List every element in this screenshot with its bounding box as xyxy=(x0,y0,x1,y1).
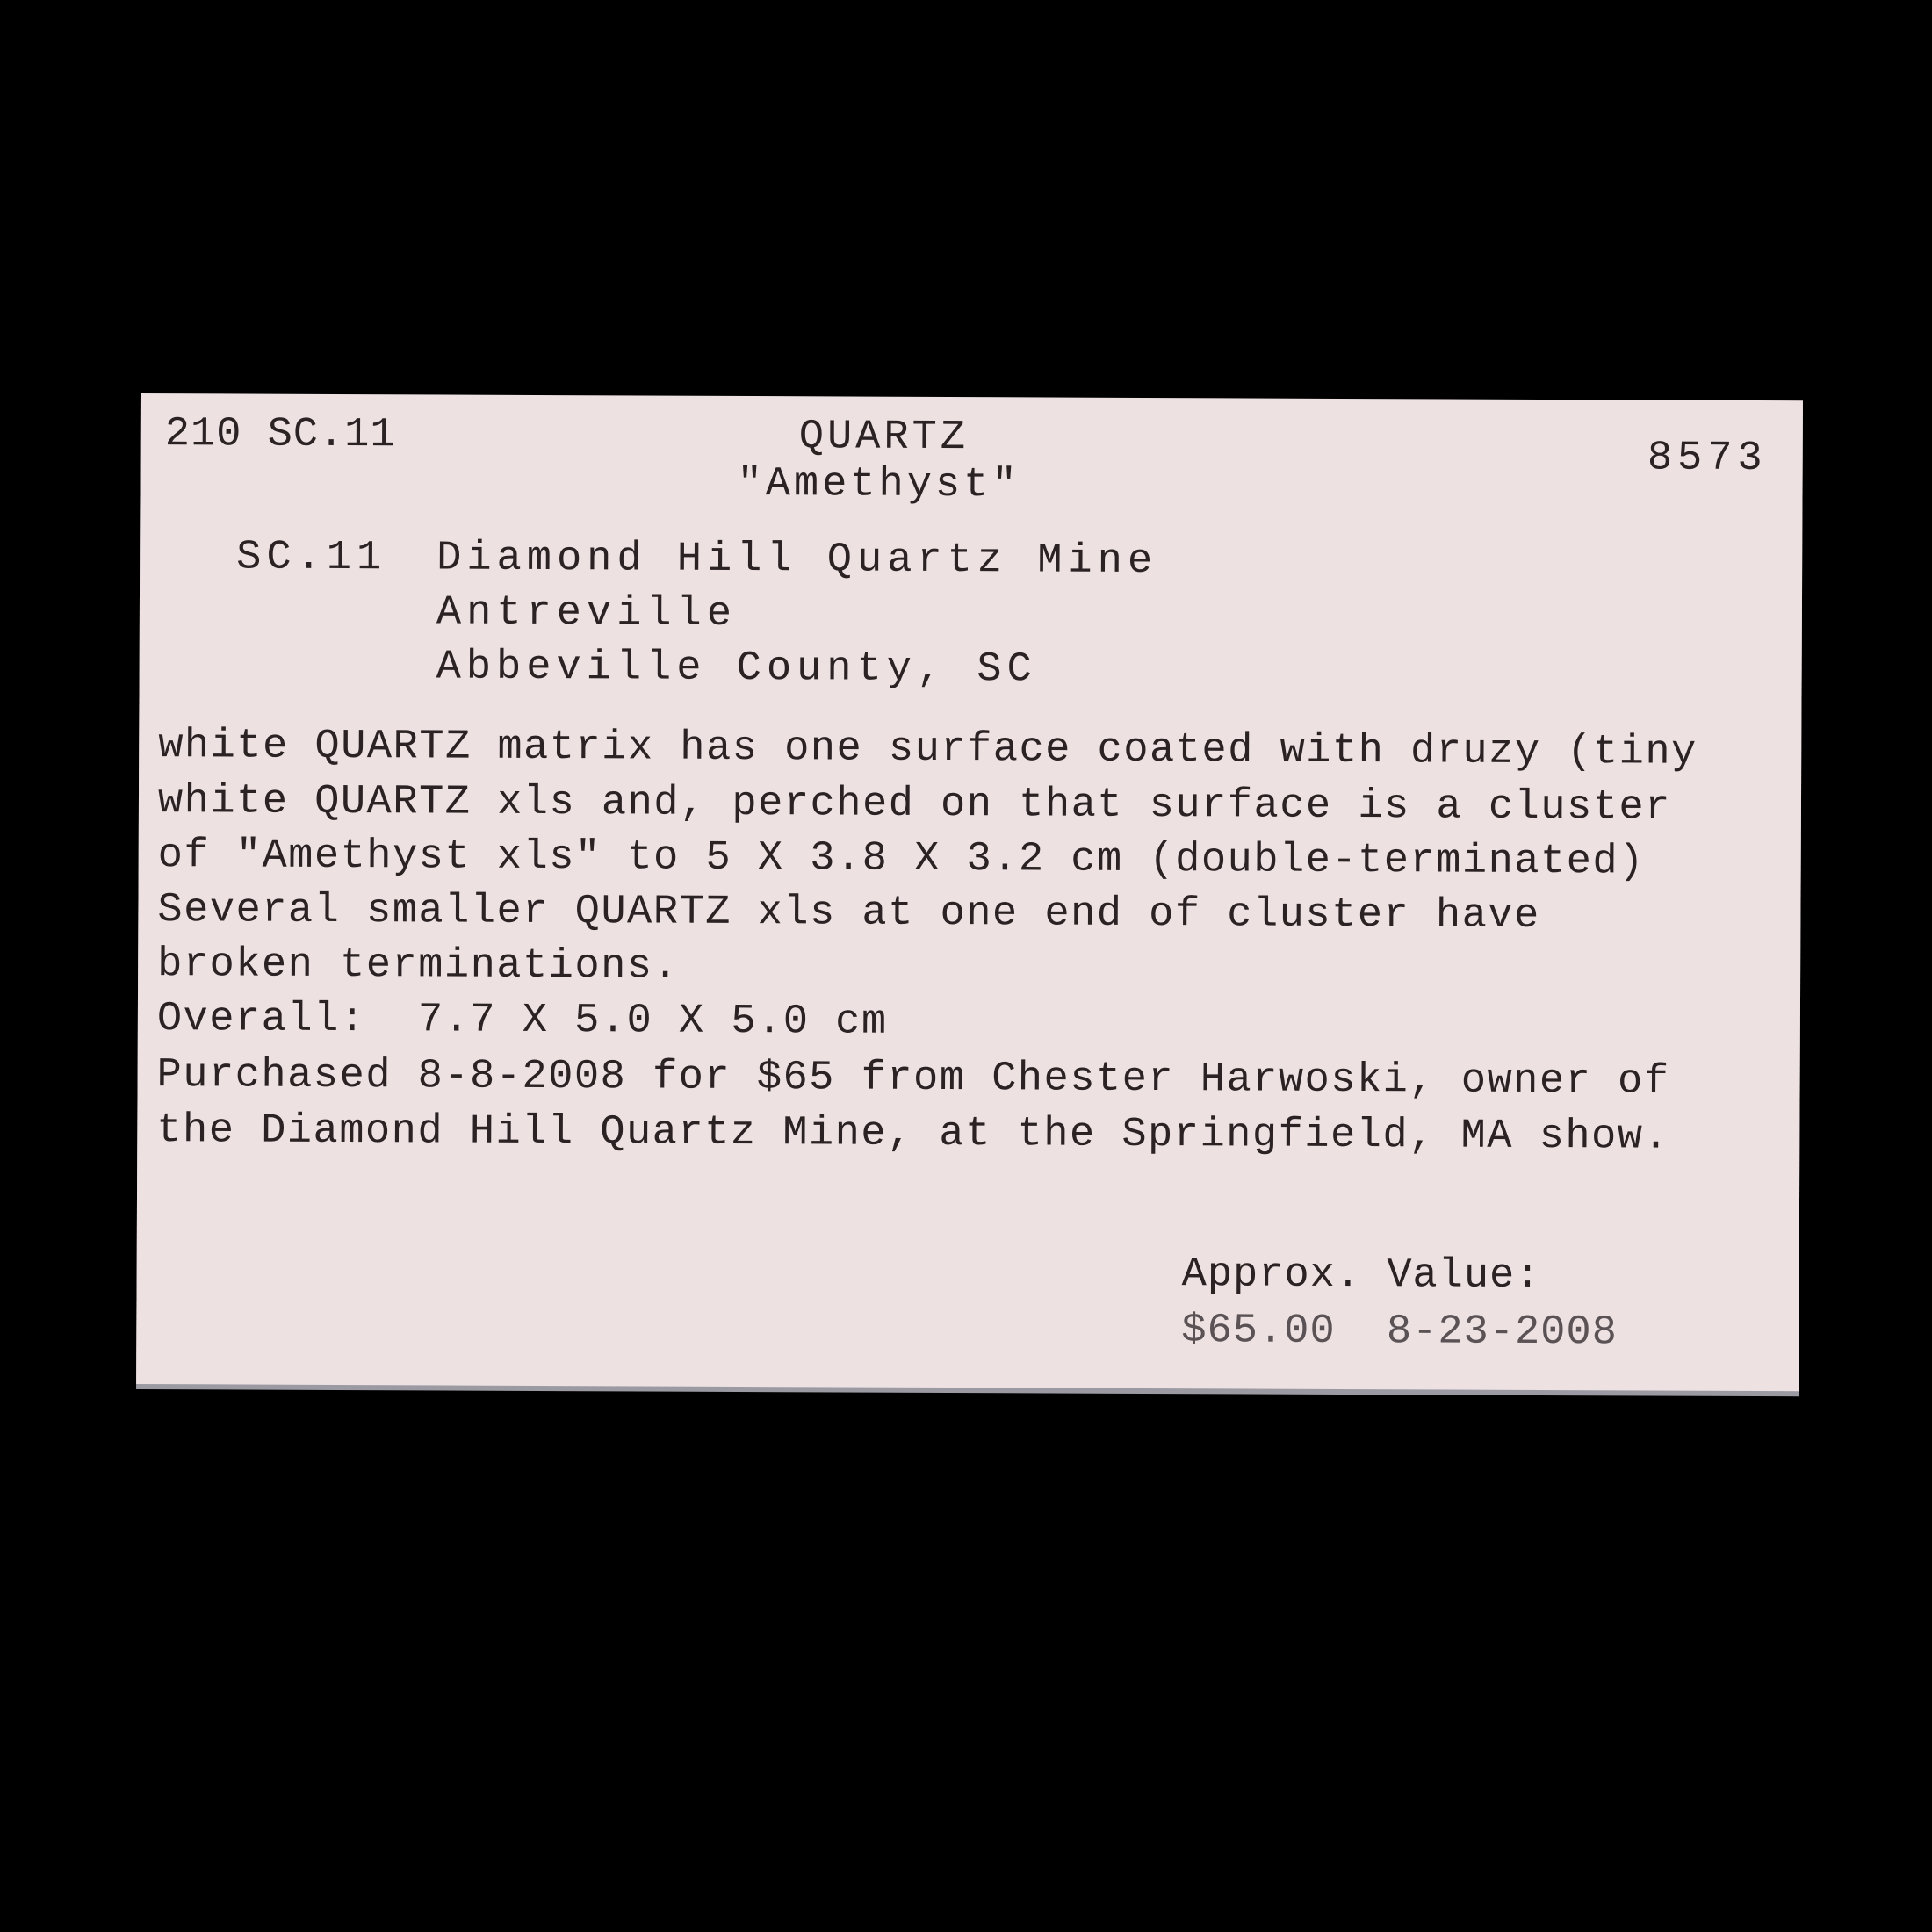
description-line: Several smaller QUARTZ xls at one end of… xyxy=(157,887,1540,940)
description-line: white QUARTZ matrix has one surface coat… xyxy=(158,723,1698,776)
locality-code: SC.11 xyxy=(236,534,386,581)
catalog-reference: 210 SC.11 xyxy=(165,411,396,458)
purchase-info: Purchased 8-8-2008 for $65 from Chester … xyxy=(156,1052,1669,1106)
purchase-info: the Diamond Hill Quartz Mine, at the Spr… xyxy=(156,1107,1669,1161)
locality-county: Abbeville County, SC xyxy=(436,644,1037,693)
overall-dimensions: Overall: 7.7 X 5.0 X 5.0 cm xyxy=(157,996,888,1046)
specimen-number: 8573 xyxy=(1647,435,1768,482)
locality-town: Antreville xyxy=(436,589,737,637)
locality-mine: Diamond Hill Quartz Mine xyxy=(436,535,1157,585)
approx-value-label: Approx. Value: xyxy=(1182,1251,1541,1300)
approx-value: $65.00 8-23-2008 xyxy=(1181,1308,1618,1356)
mineral-variety: "Amethyst" xyxy=(737,461,1020,508)
description-line: white QUARTZ xls and, perched on that su… xyxy=(158,778,1671,832)
description-line: broken terminations. xyxy=(157,941,679,991)
description-line: of "Amethyst xls" to 5 X 3.8 X 3.2 cm (d… xyxy=(158,833,1645,885)
specimen-label-card: 210 SC.11 QUARTZ "Amethyst" 8573 SC.11 D… xyxy=(136,393,1803,1391)
mineral-name: QUARTZ xyxy=(799,414,969,461)
